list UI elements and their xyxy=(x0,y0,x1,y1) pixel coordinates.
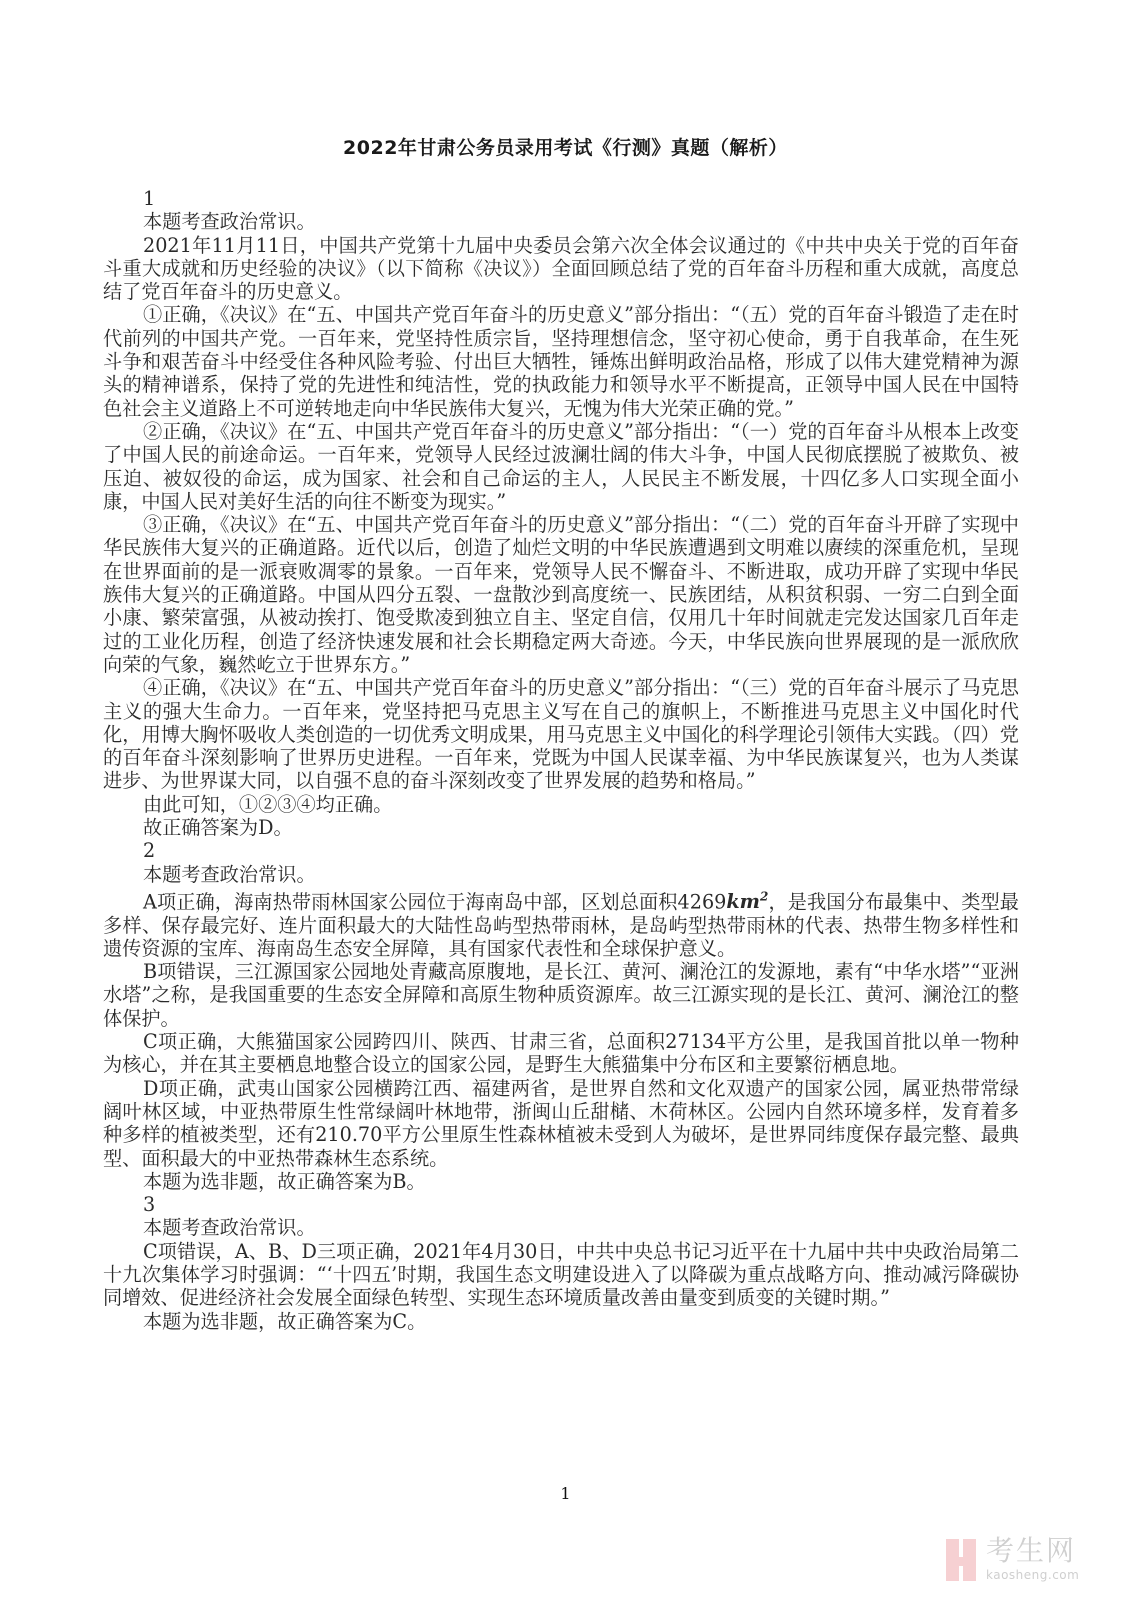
paragraph: 2021年11月11日，中国共产党第十九届中央委员会第六次全体会议通过的《中共中… xyxy=(103,234,1019,304)
watermark: 考生网 kaosheng.com xyxy=(946,1535,1116,1585)
paragraph: 本题考查政治常识。 xyxy=(103,863,1019,886)
document-title: 2022年甘肃公务员录用考试《行测》真题（解析） xyxy=(0,133,1131,160)
document-page: 2022年甘肃公务员录用考试《行测》真题（解析） 1 本题考查政治常识。 202… xyxy=(0,0,1131,1600)
paragraph: ①正确，《决议》在“五、中国共产党百年奋斗的历史意义”部分指出：“（五）党的百年… xyxy=(103,303,1019,419)
paragraph: B项错误，三江源国家公园地处青藏高原腹地，是长江、黄河、澜沧江的发源地，素有“中… xyxy=(103,960,1019,1030)
question-number: 3 xyxy=(103,1193,1019,1216)
paragraph: C项错误，A、B、D三项正确，2021年4月30日，中共中央总书记习近平在十九届… xyxy=(103,1240,1019,1310)
question-number: 2 xyxy=(103,839,1019,862)
conclusion: 由此可知，①②③④均正确。 xyxy=(103,793,1019,816)
paragraph: C项正确，大熊猫国家公园跨四川、陕西、甘肃三省，总面积27134平方公里，是我国… xyxy=(103,1030,1019,1077)
paragraph: ②正确，《决议》在“五、中国共产党百年奋斗的历史意义”部分指出：“（一）党的百年… xyxy=(103,420,1019,513)
paragraph-text: A项正确，海南热带雨林国家公园位于海南岛中部，区划总面积4269 xyxy=(143,890,726,913)
paragraph: 本题考查政治常识。 xyxy=(103,210,1019,233)
area-unit: km2 xyxy=(726,890,768,913)
document-body: 1 本题考查政治常识。 2021年11月11日，中国共产党第十九届中央委员会第六… xyxy=(103,187,1019,1333)
page-number: 1 xyxy=(0,1484,1131,1503)
watermark-domain: kaosheng.com xyxy=(986,1568,1079,1582)
watermark-name: 考生网 xyxy=(986,1535,1076,1567)
paragraph: 本题考查政治常识。 xyxy=(103,1216,1019,1239)
answer: 本题为选非题，故正确答案为C。 xyxy=(103,1310,1019,1333)
paragraph: ④正确，《决议》在“五、中国共产党百年奋斗的历史意义”部分指出：“（三）党的百年… xyxy=(103,676,1019,792)
answer: 本题为选非题，故正确答案为B。 xyxy=(103,1170,1019,1193)
answer: 故正确答案为D。 xyxy=(103,816,1019,839)
kaosheng-logo-icon xyxy=(946,1539,980,1581)
question-number: 1 xyxy=(103,187,1019,210)
paragraph: D项正确，武夷山国家公园横跨江西、福建两省，是世界自然和文化双遗产的国家公园，属… xyxy=(103,1077,1019,1170)
paragraph-with-unit: A项正确，海南热带雨林国家公园位于海南岛中部，区划总面积4269km2，是我国分… xyxy=(103,886,1019,960)
paragraph: ③正确，《决议》在“五、中国共产党百年奋斗的历史意义”部分指出：“（二）党的百年… xyxy=(103,513,1019,676)
